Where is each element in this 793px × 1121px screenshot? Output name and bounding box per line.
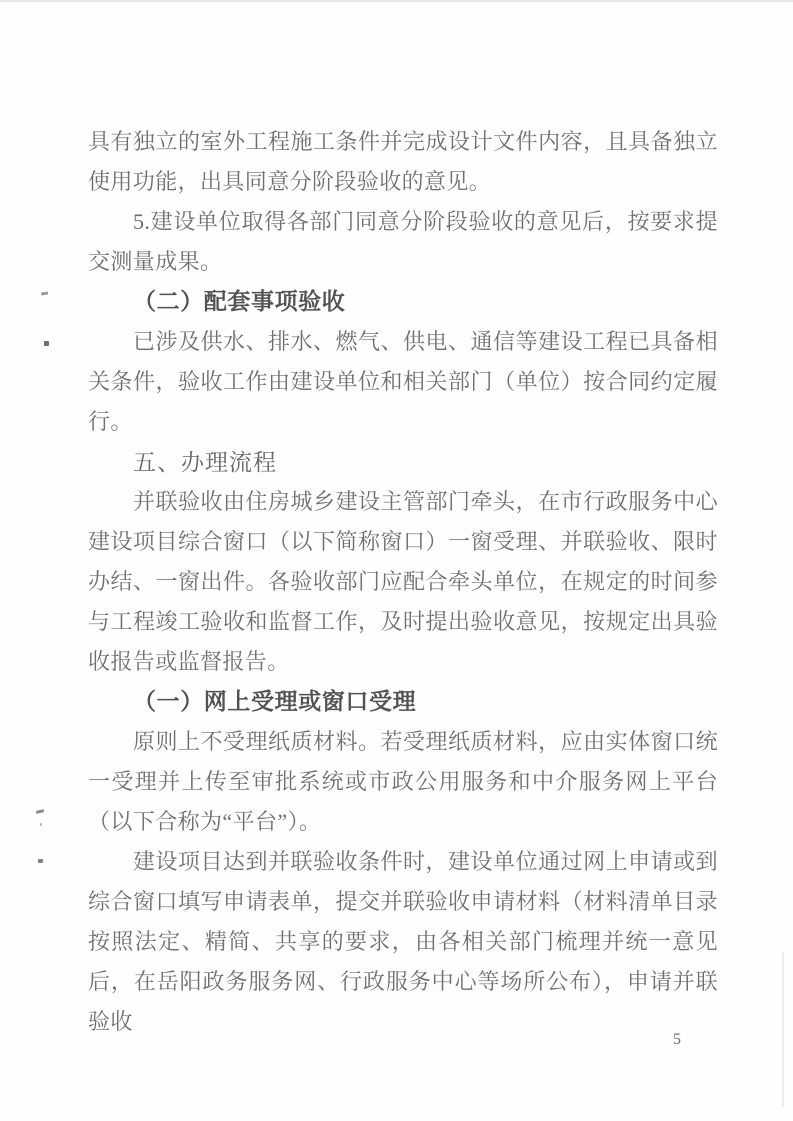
margin-mark-artifact xyxy=(40,823,42,826)
margin-mark-artifact xyxy=(38,859,43,863)
scan-edge-artifact xyxy=(782,952,784,1107)
margin-mark-artifact xyxy=(36,809,44,814)
paragraph-item-5: 5.建设单位取得各部门同意分阶段验收的意见后，按要求提交测量成果。 xyxy=(88,202,718,282)
document-page: 具有独立的室外工程施工条件并完成设计文件内容，且具备独立使用功能，出具同意分阶段… xyxy=(0,0,793,1121)
paragraph-application: 建设项目达到并联验收条件时，建设单位通过网上申请或到综合窗口填写申请表单，提交并… xyxy=(88,842,718,1042)
paragraph-paper-materials: 原则上不受理纸质材料。若受理纸质材料，应由实体窗口统一受理并上传至审批系统或市政… xyxy=(88,722,718,842)
page-number: 5 xyxy=(673,1031,681,1049)
margin-mark-artifact xyxy=(41,292,48,296)
paragraph-utilities: 已涉及供水、排水、燃气、供电、通信等建设工程已具备相关条件，验收工作由建设单位和… xyxy=(88,322,718,442)
section-heading-online-or-window: （一）网上受理或窗口受理 xyxy=(88,682,718,722)
section-heading-supporting-items: （二）配套事项验收 xyxy=(88,282,718,322)
paragraph-continuation: 具有独立的室外工程施工条件并完成设计文件内容，且具备独立使用功能，出具同意分阶段… xyxy=(88,122,718,202)
margin-mark-artifact xyxy=(44,341,49,346)
scan-edge-artifact xyxy=(0,0,793,2)
document-content: 具有独立的室外工程施工条件并完成设计文件内容，且具备独立使用功能，出具同意分阶段… xyxy=(88,122,718,1042)
paragraph-joint-acceptance: 并联验收由住房城乡建设主管部门牵头，在市行政服务中心建设项目综合窗口（以下简称窗… xyxy=(88,482,718,682)
section-heading-process: 五、办理流程 xyxy=(88,442,718,482)
